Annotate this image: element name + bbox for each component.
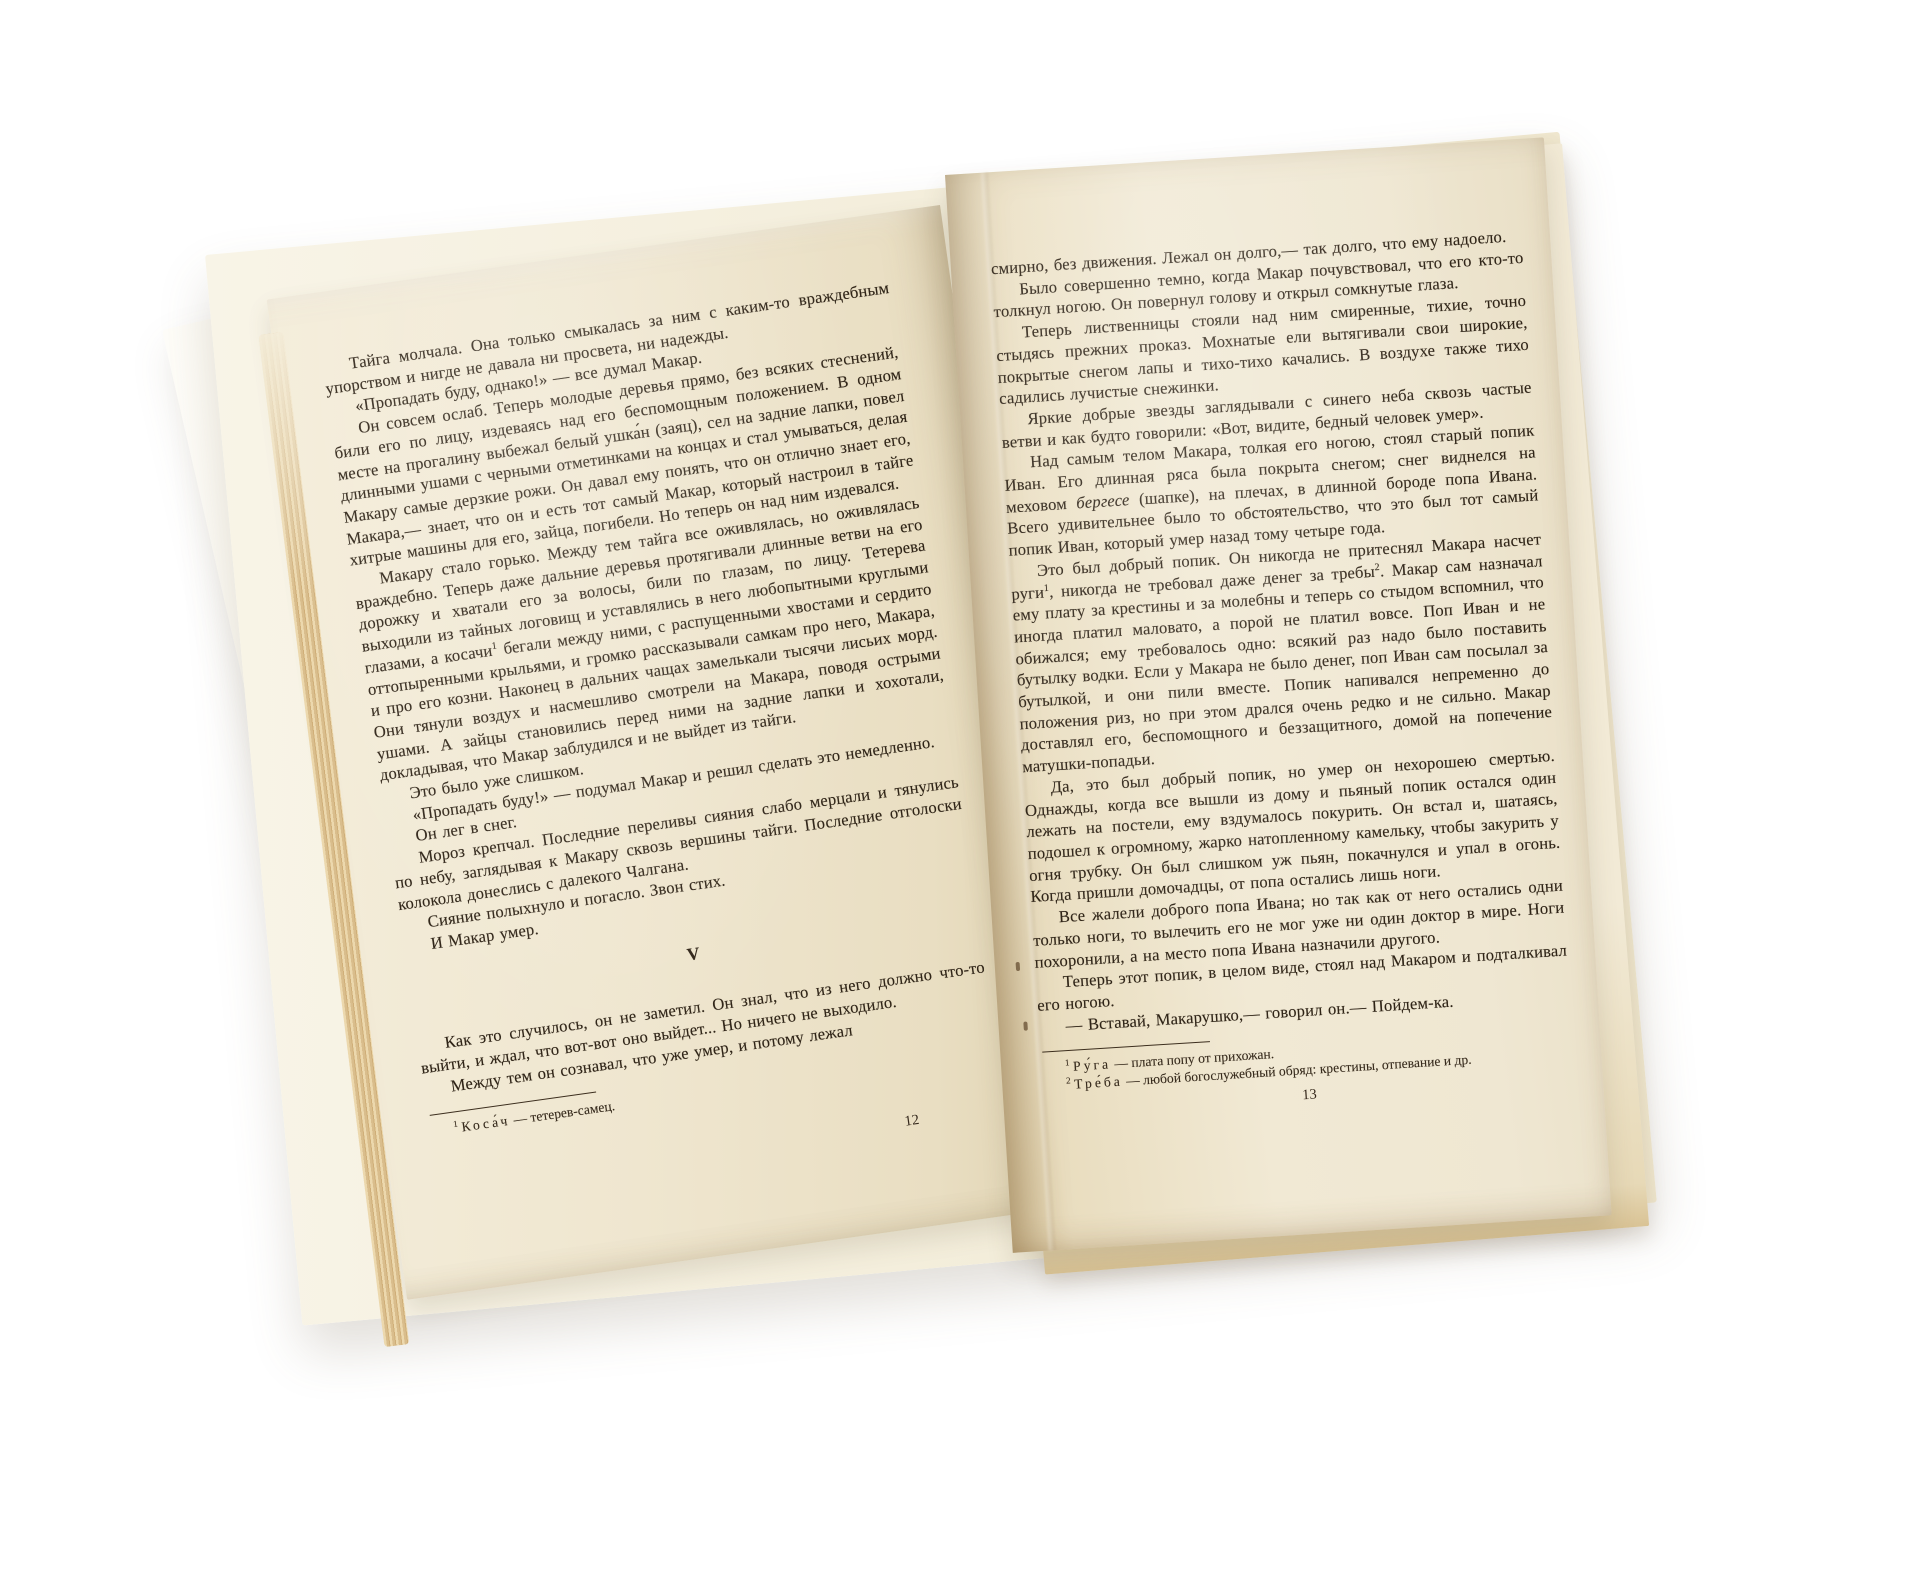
footnote-ref: 1 — [491, 640, 498, 652]
page-right-text: смирно, без движения. Лежал он долго,— т… — [945, 137, 1598, 1040]
page-number-left: 12 — [904, 1111, 921, 1130]
footnote-ref: 2 — [1374, 562, 1380, 573]
page-left-text: Тайга молчала. Она только смыкалась за н… — [267, 205, 1054, 1107]
footnote-term: Коса́ч — [460, 1112, 511, 1134]
open-book-photo: Тайга молчала. Она только смыкалась за н… — [0, 0, 1920, 1579]
paragraph: Это был добрый попик. Он никогда не прит… — [1009, 528, 1554, 778]
footnote-term: Тре́ба — [1074, 1074, 1123, 1092]
footnote-term: Ру́га — [1073, 1057, 1112, 1074]
italic-term: бергесе — [1076, 490, 1130, 512]
footnote-ref: 1 — [1043, 582, 1049, 593]
book-page-right: смирно, без движения. Лежал он долго,— т… — [945, 137, 1612, 1253]
